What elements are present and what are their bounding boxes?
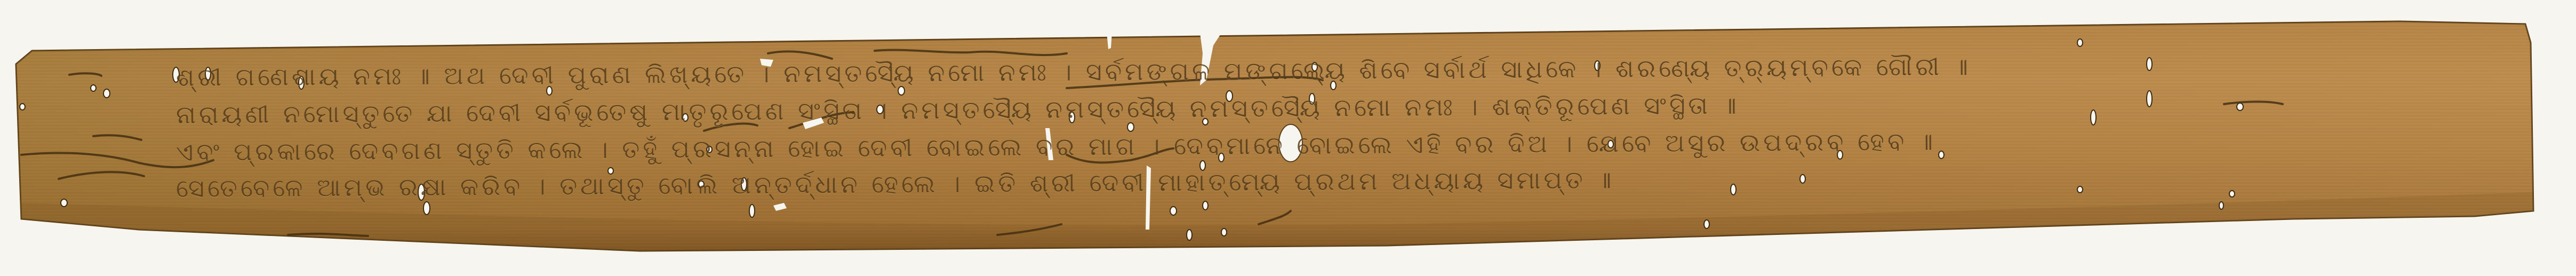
manuscript-scene bbox=[0, 0, 2576, 276]
string-hole bbox=[1279, 124, 1302, 162]
